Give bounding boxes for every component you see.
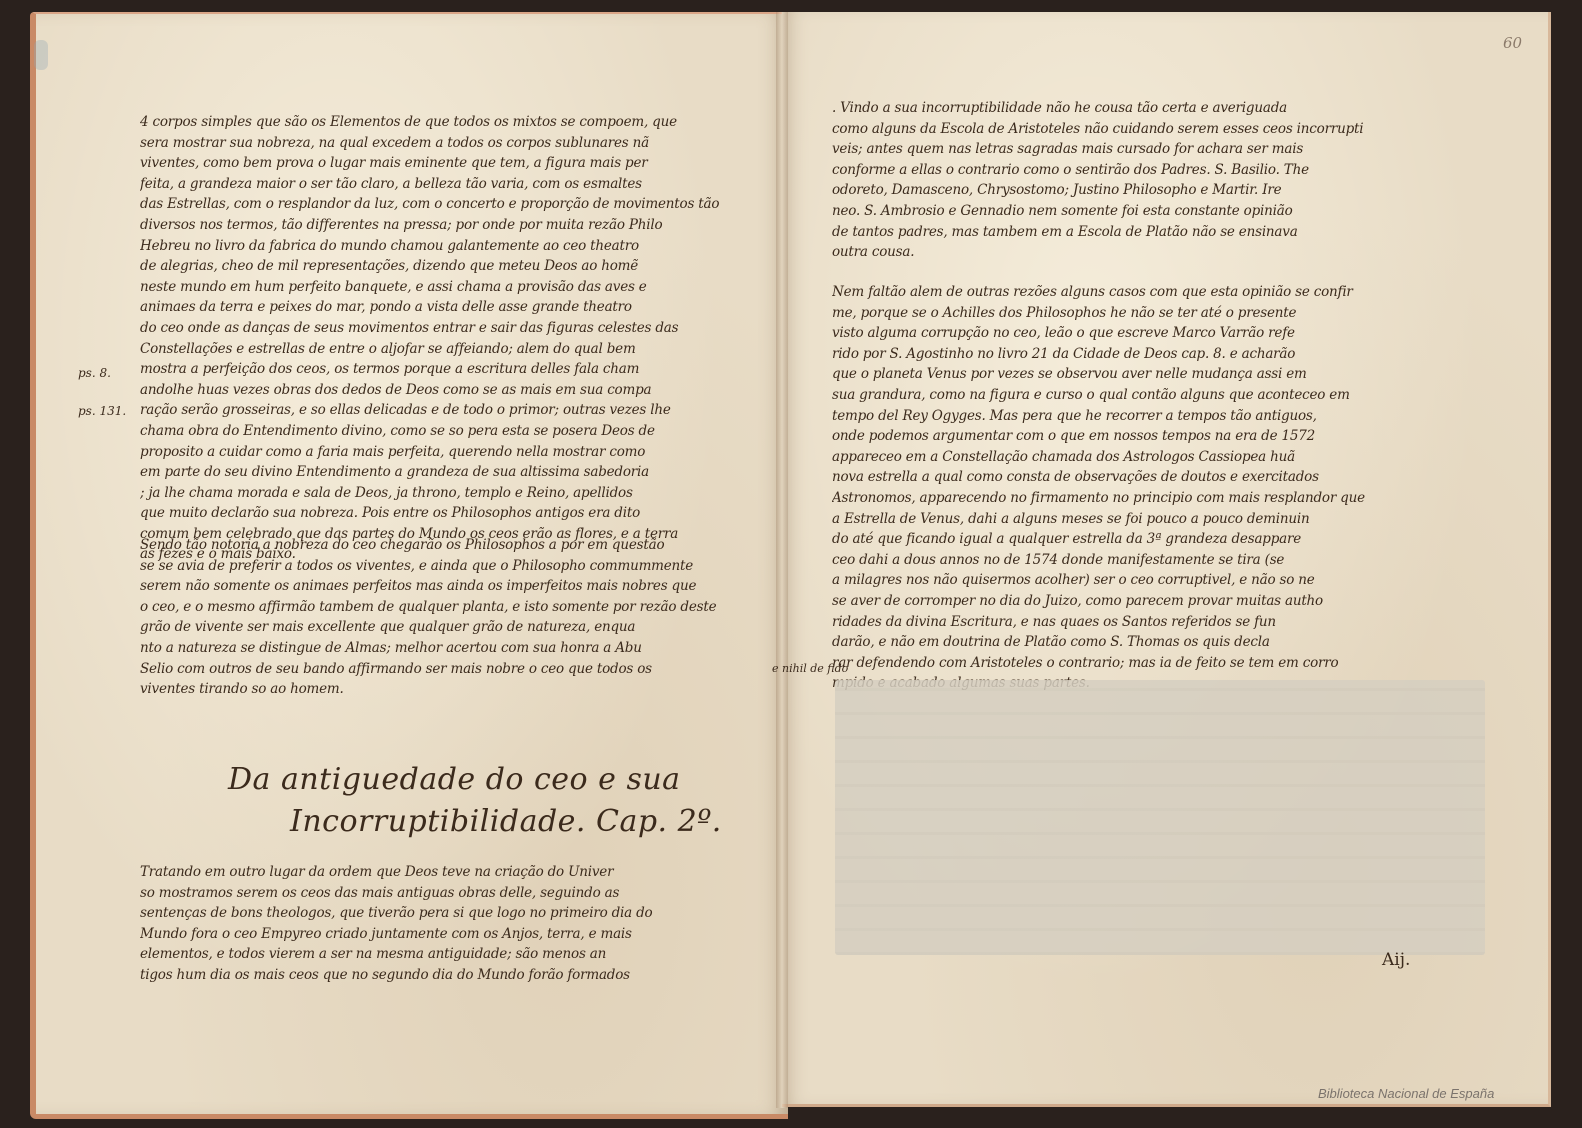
text-line: . Vindo a sua incorruptibilidade não he … (832, 98, 1452, 119)
text-line: onde podemos argumentar com o que em nos… (832, 426, 1452, 447)
chapter-heading-line-1: Da antiguedade do ceo e sua (228, 758, 681, 802)
text-line: Selio com outros de seu bando affirmando… (140, 659, 780, 680)
text-line: veis; antes quem nas letras sagradas mai… (832, 139, 1452, 160)
paper-repair-patch (835, 680, 1485, 955)
text-line: serem não somente os animaes perfeitos m… (140, 576, 780, 597)
signature-mark: Aij. (1382, 950, 1410, 970)
text-line: proposito a cuidar como a faria mais per… (140, 442, 780, 463)
text-line: me, porque se o Achilles dos Philosophos… (832, 303, 1452, 324)
text-line: sera mostrar sua nobreza, na qual excede… (140, 133, 780, 154)
text-line: so mostramos serem os ceos das mais anti… (140, 883, 780, 904)
text-line: outra cousa. (832, 242, 1452, 263)
text-line: sentenças de bons theologos, que tiverão… (140, 903, 780, 924)
text-line: de alegrias, cheo de mil representações,… (140, 256, 780, 277)
text-line: mostra a perfeição dos ceos, os termos p… (140, 359, 780, 380)
text-line: Astronomos, apparecendo no firmamento no… (832, 488, 1452, 509)
text-line: que o planeta Venus por vezes se observo… (832, 364, 1452, 385)
book-spread: 4 corpos simples que são os Elementos de… (0, 0, 1582, 1128)
library-credit: Biblioteca Nacional de España (1318, 1086, 1494, 1101)
chapter-paragraph: Tratando em outro lugar da ordem que Deo… (140, 862, 780, 986)
text-line: neste mundo em hum perfeito banquete, e … (140, 277, 780, 298)
text-line: andolhe huas vezes obras dos dedos de De… (140, 380, 780, 401)
text-line: visto alguma corrupção no ceo, leão o qu… (832, 323, 1452, 344)
text-line: de tantos padres, mas tambem em a Escola… (832, 222, 1452, 243)
text-line: a milagres nos não quisermos acolher) se… (832, 570, 1452, 591)
text-line: neo. S. Ambrosio e Gennadio nem somente … (832, 201, 1452, 222)
left-paragraph-2: Sendo tão notoria a nobreza do ceo chega… (140, 535, 780, 700)
text-line: viventes tirando so ao homem. (140, 679, 780, 700)
right-paragraph-1: . Vindo a sua incorruptibilidade não he … (832, 98, 1452, 263)
folio-number: 60 (1503, 34, 1522, 52)
text-line: sua grandura, como na figura e curso o q… (832, 385, 1452, 406)
chapter-heading-line-2: Incorruptibilidade. Cap. 2º. (290, 800, 722, 844)
text-line: elementos, e todos vierem a ser na mesma… (140, 944, 780, 965)
text-line: como alguns da Escola de Aristoteles não… (832, 119, 1452, 140)
right-paragraph-2: Nem faltão alem de outras rezões alguns … (832, 282, 1452, 694)
text-line: em parte do seu divino Entendimento a gr… (140, 462, 780, 483)
text-line: conforme a ellas o contrario como o sent… (832, 160, 1452, 181)
text-line: odoreto, Damasceno, Chrysostomo; Justino… (832, 180, 1452, 201)
text-line: appareceo em a Constellação chamada dos … (832, 447, 1452, 468)
text-line: o ceo, e o mesmo affirmão tambem de qual… (140, 597, 780, 618)
text-line: que muito declarão sua nobreza. Pois ent… (140, 503, 780, 524)
text-line: darão, e não em doutrina de Platão como … (832, 632, 1452, 653)
text-line: animaes da terra e peixes do mar, pondo … (140, 297, 780, 318)
text-line: chama obra do Entendimento divino, como … (140, 421, 780, 442)
text-line: das Estrellas, com o resplandor da luz, … (140, 194, 780, 215)
text-line: viventes, como bem prova o lugar mais em… (140, 153, 780, 174)
text-line: se se avia de preferir a todos os vivent… (140, 556, 780, 577)
text-line: Tratando em outro lugar da ordem que Deo… (140, 862, 780, 883)
text-line: ceo dahi a dous annos no de 1574 donde m… (832, 550, 1452, 571)
right-marginal-note: e nihil de fido (772, 662, 848, 675)
text-line: do ceo onde as danças de seus movimentos… (140, 318, 780, 339)
text-line: rido por S. Agostinho no livro 21 da Cid… (832, 344, 1452, 365)
text-line: feita, a grandeza maior o ser tão claro,… (140, 174, 780, 195)
text-line: Constellações e estrellas de entre o alj… (140, 339, 780, 360)
text-line: nova estrella a qual como consta de obse… (832, 467, 1452, 488)
text-line: tigos hum dia os mais ceos que no segund… (140, 965, 780, 986)
marginal-note-psalm-8: ps. 8. (78, 366, 111, 380)
marginal-note-psalm-131: ps. 131. (78, 404, 126, 418)
text-line: a Estrella de Venus, dahi a alguns meses… (832, 509, 1452, 530)
text-line: se aver de corromper no dia do Juizo, co… (832, 591, 1452, 612)
left-paragraph-1: 4 corpos simples que são os Elementos de… (140, 112, 780, 565)
text-line: nto a natureza se distingue de Almas; me… (140, 638, 780, 659)
text-line: grão de vivente ser mais excellente que … (140, 617, 780, 638)
text-line: Mundo fora o ceo Empyreo criado juntamen… (140, 924, 780, 945)
text-line: ridades da divina Escritura, e nas quaes… (832, 612, 1452, 633)
text-line: ração serão grosseiras, e so ellas delic… (140, 400, 780, 421)
text-line: rar defendendo com Aristoteles o contrar… (832, 653, 1452, 674)
text-line: do até que ficando igual a qualquer estr… (832, 529, 1452, 550)
text-line: Hebreu no livro da fabrica do mundo cham… (140, 236, 780, 257)
text-line: 4 corpos simples que são os Elementos de… (140, 112, 780, 133)
text-line: Nem faltão alem de outras rezões alguns … (832, 282, 1452, 303)
paper-stain (34, 40, 48, 70)
text-line: diversos nos termos, tão differentes na … (140, 215, 780, 236)
text-line: tempo del Rey Ogyges. Mas pera que he re… (832, 406, 1452, 427)
text-line: ; ja lhe chama morada e sala de Deos, ja… (140, 483, 780, 504)
text-line: Sendo tão notoria a nobreza do ceo chega… (140, 535, 780, 556)
